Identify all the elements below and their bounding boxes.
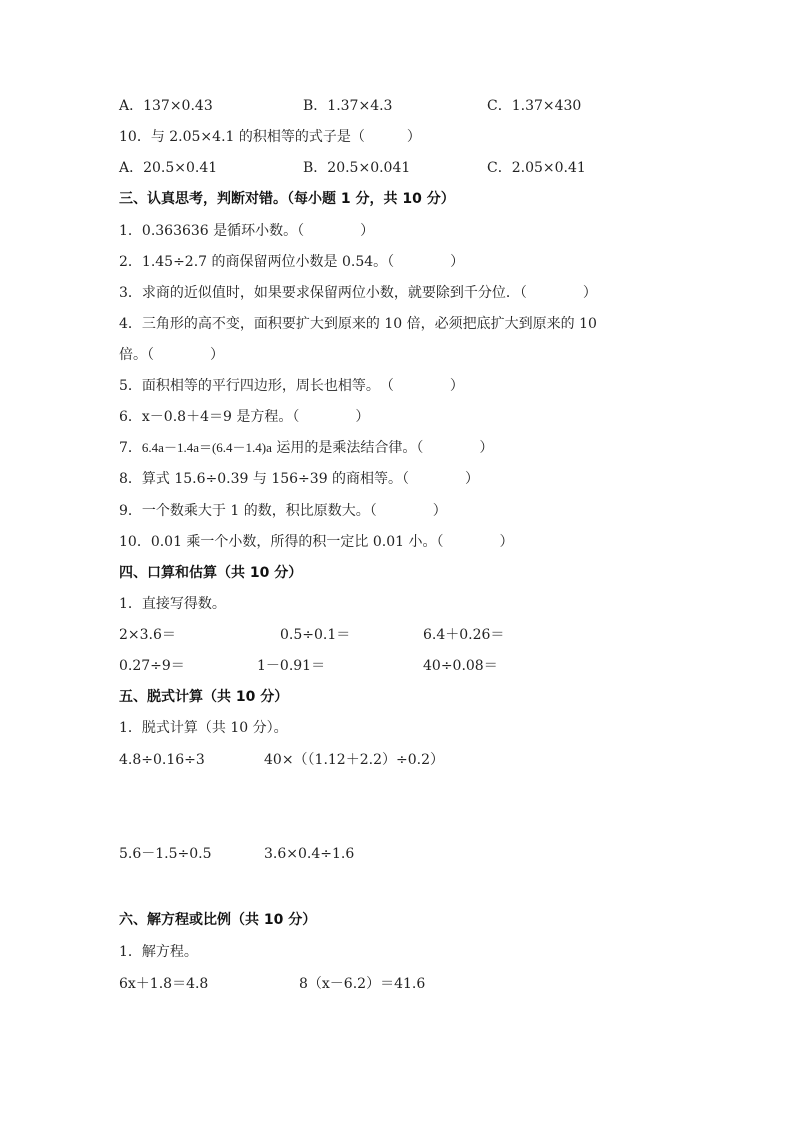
judge-item-4: 4．三角形的高不变，面积要扩大到原来的 10 倍，必须把底扩大到原来的 10 — [119, 316, 597, 332]
q10-stem: 10．与 2.05×4.1 的积相等的式子是（ ） — [119, 129, 421, 145]
oral-calc-3: 6.4＋0.26＝ — [423, 627, 504, 643]
judge-item-7: 7．6.4a－1.4a＝(6.4－1.4)a 运用的是乘法结合律。（ ） — [119, 440, 493, 456]
judge-item-9: 9．一个数乘大于 1 的数，积比原数大。（ ） — [119, 503, 447, 519]
section6-instruction: 1．解方程。 — [119, 944, 198, 960]
section3-title: 三、认真思考，判断对错。（每小题 1 分，共 10 分） — [119, 191, 455, 207]
oral-calc-1: 2×3.6＝ — [119, 627, 176, 643]
judge-item-4-cont: 倍。（ ） — [119, 347, 224, 363]
q9-option-c: C．1.37×430 — [487, 98, 581, 114]
judge-item-3: 3．求商的近似值时，如果要求保留两位小数，就要除到千分位．（ ） — [119, 285, 597, 301]
step-calc-2: 40×（（1.12＋2.2）÷0.2） — [264, 752, 444, 768]
judge-item-1: 1．0.363636 是循环小数。（ ） — [119, 223, 374, 239]
step-calc-4: 3.6×0.4÷1.6 — [264, 846, 354, 862]
judge-item-7-formula: 6.4a－1.4a＝(6.4－1.4)a — [142, 440, 272, 455]
step-calc-3: 5.6－1.5÷0.5 — [119, 846, 212, 862]
q9-option-b: B．1.37×4.3 — [303, 98, 392, 114]
oral-calc-5: 1－0.91＝ — [257, 658, 325, 674]
oral-calc-4: 0.27÷9＝ — [119, 658, 185, 674]
step-calc-1: 4.8÷0.16÷3 — [119, 752, 205, 768]
oral-calc-2: 0.5÷0.1＝ — [280, 627, 350, 643]
q9-option-a: A．137×0.43 — [119, 98, 213, 114]
section5-instruction: 1．脱式计算（共 10 分）。 — [119, 720, 288, 736]
judge-item-5: 5．面积相等的平行四边形，周长也相等。 （ ） — [119, 378, 464, 394]
section5-title: 五、脱式计算（共 10 分） — [119, 689, 288, 705]
oral-calc-6: 40÷0.08＝ — [423, 658, 498, 674]
judge-item-6: 6．x－0.8＋4＝9 是方程。（ ） — [119, 409, 369, 425]
equation-1: 6x＋1.8＝4.8 — [119, 976, 208, 992]
q10-option-c: C．2.05×0.41 — [487, 160, 586, 176]
equation-2: 8（x－6.2）＝41.6 — [299, 976, 425, 992]
judge-item-8: 8．算式 15.6÷0.39 与 156÷39 的商相等。（ ） — [119, 471, 479, 487]
section6-title: 六、解方程或比例（共 10 分） — [119, 912, 316, 928]
judge-item-7-text: 运用的是乘法结合律。（ ） — [272, 440, 493, 456]
q10-option-a: A．20.5×0.41 — [119, 160, 217, 176]
section4-title: 四、口算和估算（共 10 分） — [119, 565, 302, 581]
q10-option-b: B．20.5×0.041 — [303, 160, 410, 176]
judge-item-2: 2．1.45÷2.7 的商保留两位小数是 0.54。（ ） — [119, 254, 464, 270]
judge-item-10: 10．0.01 乘一个小数，所得的积一定比 0.01 小。（ ） — [119, 534, 514, 550]
judge-item-7-number: 7． — [119, 440, 142, 456]
section4-instruction: 1．直接写得数。 — [119, 596, 226, 612]
